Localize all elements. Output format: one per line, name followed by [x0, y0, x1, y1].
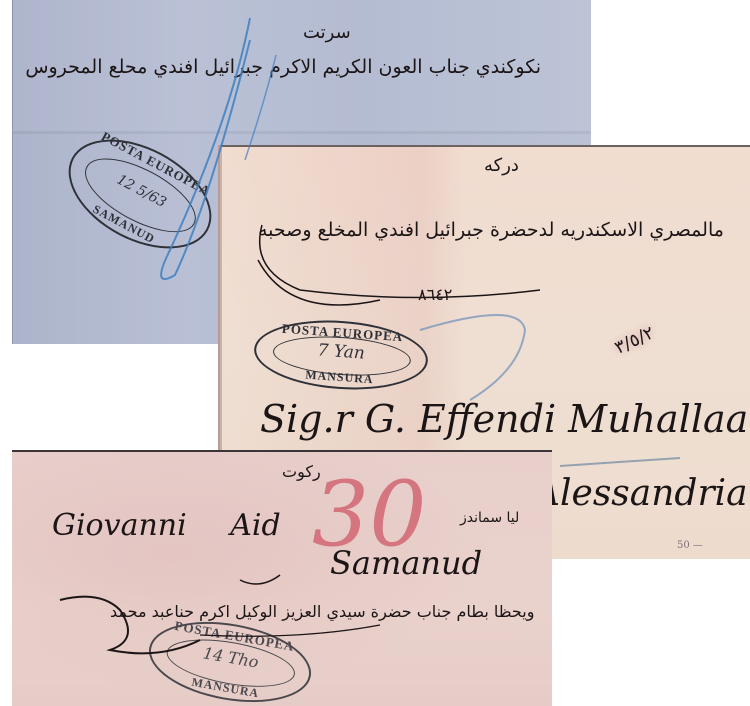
latin-address: Sig.r G. Effendi Muhallaa	[260, 397, 748, 441]
pencil-note: 50 —	[677, 540, 703, 551]
arabic-destination: ليا سماندز	[460, 510, 519, 526]
latin-city: Alessandria	[534, 473, 748, 514]
arabic-numerals: ٨٦٤٢	[418, 285, 452, 304]
arabic-address: مالمصري الاسكندريه لدحضرة جبرائيل افندي …	[258, 219, 724, 241]
postmark-posta-europea-samanud: POSTA EUROPEA 12 5/63 SAMANUD	[50, 117, 229, 271]
postmark-posta-europea-mansura: POSTA EUROPEA 14 Tho MANSURA	[143, 610, 318, 706]
arabic-heading: سرتت	[303, 22, 351, 43]
postmark-posta-europea-mansura: POSTA EUROPEA 7 Yan MANSURA	[252, 315, 430, 395]
postal-cover-samanud-giovanni: ركوت Giovanni Aid 30 ليا سماندز Samanud …	[12, 450, 552, 706]
arabic-heading: دركه	[484, 155, 519, 176]
latin-city: Samanud	[330, 544, 482, 582]
latin-recipient: Giovanni Aid	[52, 508, 281, 543]
arabic-address: نكوكندي جناب العون الكريم الاكرم جبرائيل…	[71, 56, 541, 78]
arabic-seal-marking: ٣/٥/٢	[611, 322, 657, 358]
